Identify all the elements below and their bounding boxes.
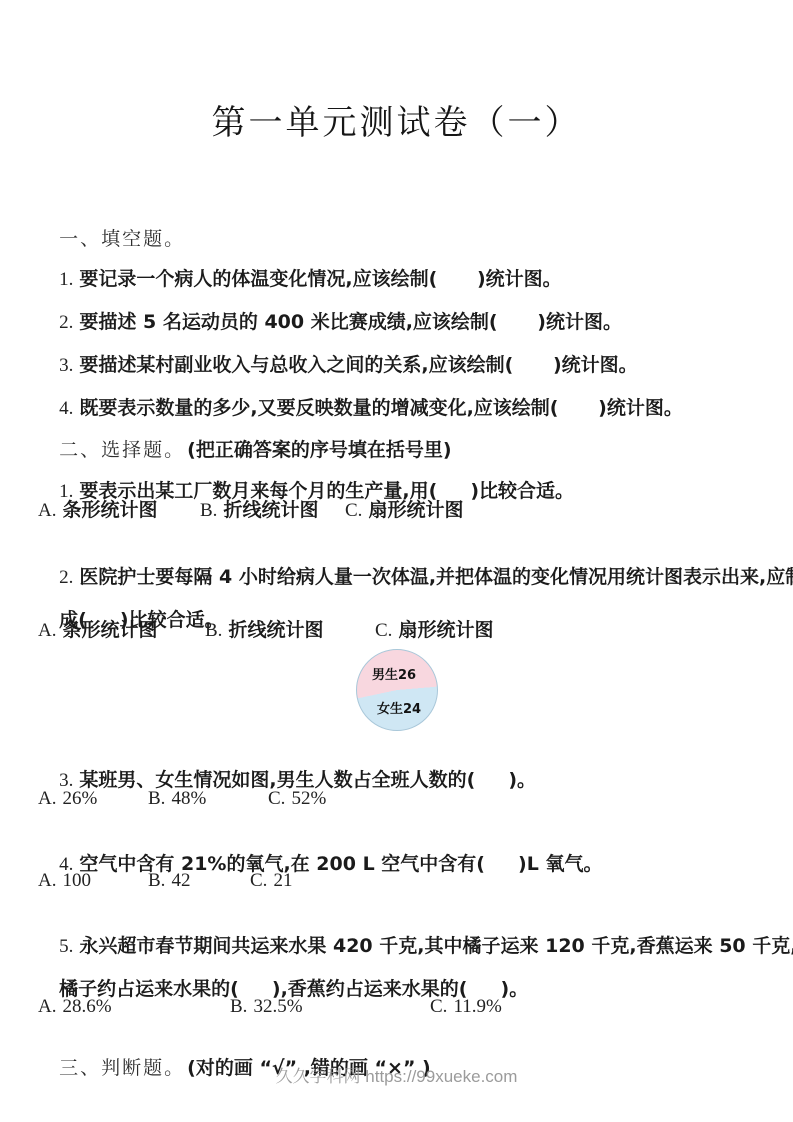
option-text: 折线统计图: [228, 619, 323, 641]
option-a: A.26%: [38, 787, 97, 811]
option-text: 条形统计图: [62, 619, 157, 641]
option-label: B.: [148, 788, 165, 809]
choice-q5-options: A.28.6% B.32.5% C.11.9%: [0, 995, 793, 1021]
option-label: B.: [200, 500, 217, 521]
option-c: C.52%: [268, 787, 326, 811]
option-text: 扇形统计图: [368, 499, 463, 521]
option-label: C.: [345, 500, 362, 521]
option-label: A.: [38, 620, 56, 641]
option-text: 21: [273, 870, 292, 891]
option-c: C.11.9%: [430, 995, 502, 1019]
option-a: A.28.6%: [38, 995, 112, 1019]
choice-q4-options: A.100 B.42 C.21: [0, 869, 793, 895]
option-label: B.: [230, 996, 247, 1017]
option-b: B.折线统计图: [200, 498, 318, 523]
option-a: A.100: [38, 869, 91, 893]
option-label: C.: [268, 788, 285, 809]
site-watermark: 久久学科网 https://99xueke.com: [0, 1062, 793, 1087]
option-b: B.48%: [148, 787, 206, 811]
page-title: 第一单元测试卷（一）: [0, 95, 793, 144]
choice-q2-options: A.条形统计图 B.折线统计图 C.扇形统计图: [0, 618, 793, 644]
option-label: A.: [38, 870, 56, 891]
option-b: B.折线统计图: [205, 618, 323, 643]
option-text: 11.9%: [453, 996, 501, 1017]
option-a: A.条形统计图: [38, 498, 158, 523]
option-label: A.: [38, 996, 56, 1017]
option-label: B.: [148, 870, 165, 891]
option-text: 26%: [62, 788, 97, 809]
option-c: C.扇形统计图: [345, 498, 463, 523]
option-label: A.: [38, 788, 56, 809]
option-label: C.: [430, 996, 447, 1017]
option-c: C.21: [250, 869, 292, 893]
option-text: 条形统计图: [62, 499, 157, 521]
option-c: C.扇形统计图: [375, 618, 493, 643]
option-b: B.42: [148, 869, 190, 893]
choice-q3-options: A.26% B.48% C.52%: [0, 787, 793, 813]
option-text: 42: [171, 870, 190, 891]
option-label: C.: [250, 870, 267, 891]
option-text: 52%: [291, 788, 326, 809]
option-text: 折线统计图: [223, 499, 318, 521]
option-label: A.: [38, 500, 56, 521]
option-label: C.: [375, 620, 392, 641]
option-a: A.条形统计图: [38, 618, 158, 643]
pie-label-boys: 男生26: [372, 664, 416, 683]
option-label: B.: [205, 620, 222, 641]
option-b: B.32.5%: [230, 995, 303, 1019]
option-text: 32.5%: [253, 996, 302, 1017]
worksheet-page: 第一单元测试卷（一） 一、填空题。 1.要记录一个病人的体温变化情况,应该绘制(…: [0, 0, 793, 1122]
option-text: 28.6%: [62, 996, 111, 1017]
option-text: 扇形统计图: [398, 619, 493, 641]
option-text: 48%: [171, 788, 206, 809]
pie-chart: 男生26 女生24: [356, 649, 438, 731]
choice-q1-options: A.条形统计图 B.折线统计图 C.扇形统计图: [0, 498, 793, 524]
pie-label-girls: 女生24: [377, 698, 421, 717]
option-text: 100: [62, 870, 91, 891]
